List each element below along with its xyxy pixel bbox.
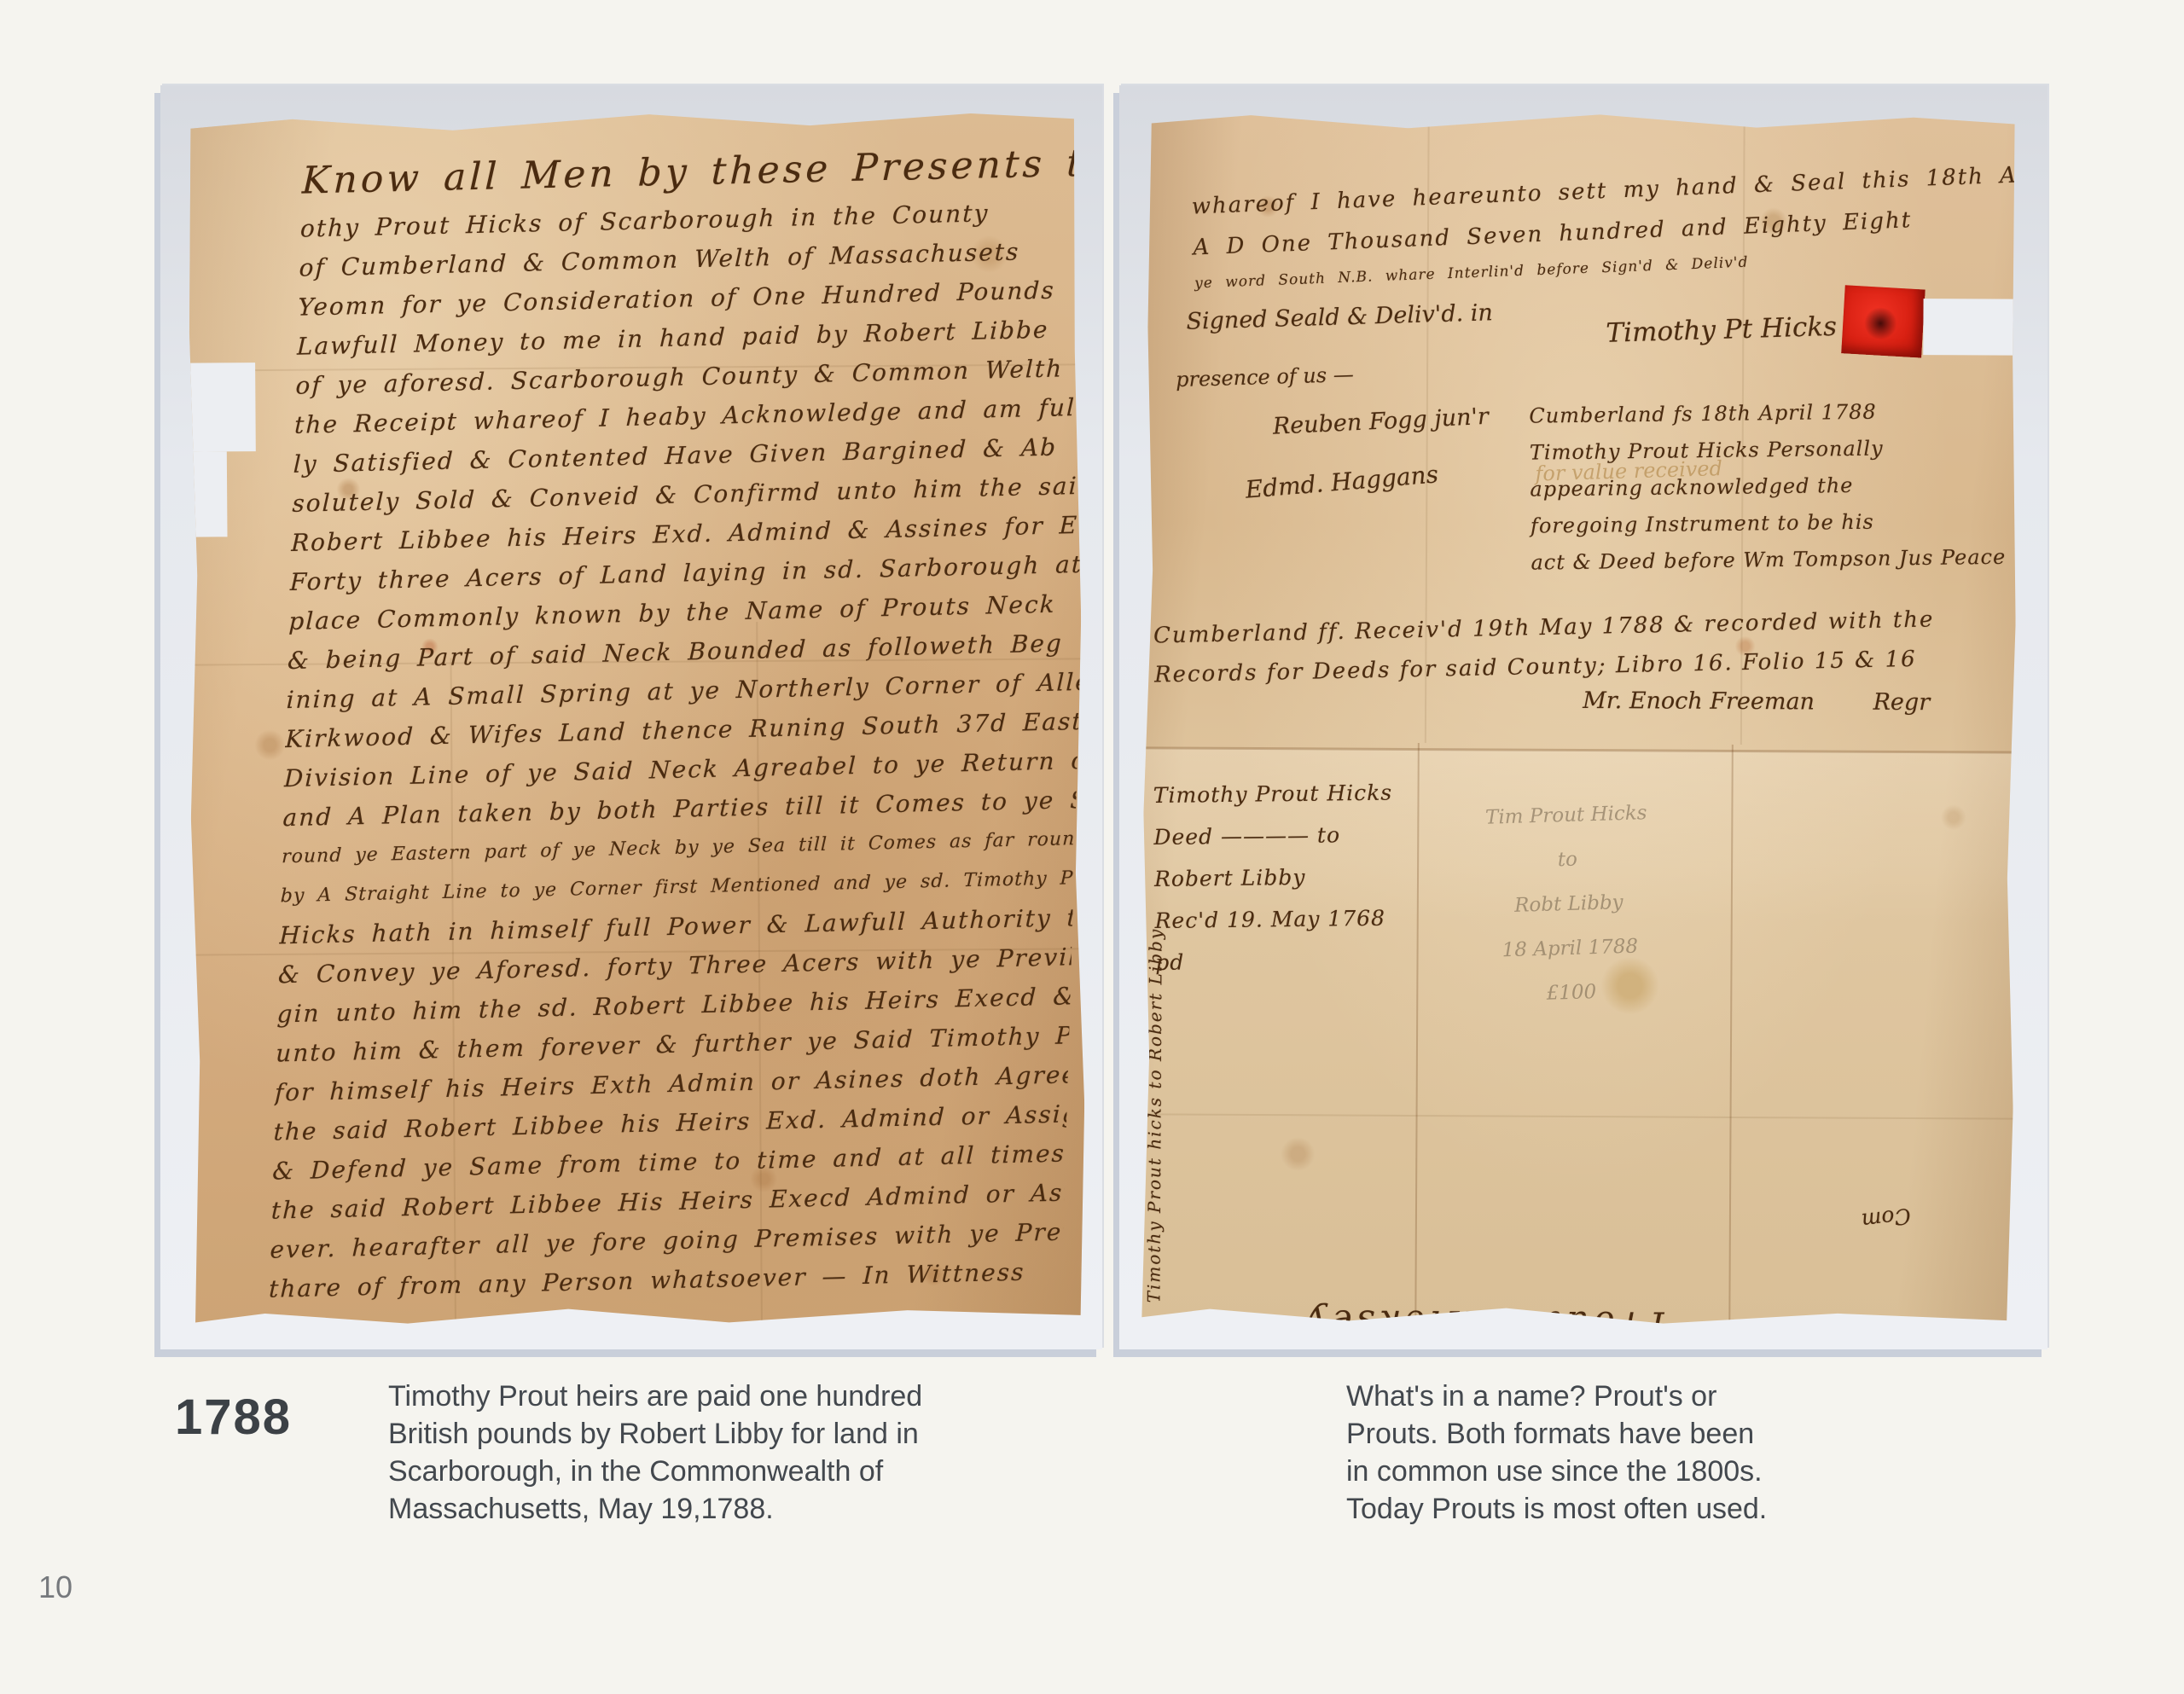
- manuscript-line: Timothy Prout Hicks: [1153, 771, 1410, 816]
- acknowledgment-text: Cumberland fs 18th April 1788Timothy Pro…: [1529, 392, 2013, 582]
- witness-edmund-haggans: Edmd. Haggans: [1244, 460, 1439, 503]
- signed-sealed-line: Signed Seald & Deliv'd. in: [1186, 299, 1493, 335]
- manuscript-line: act & Deed before Wm Tompson Jus Peace: [1531, 539, 2013, 582]
- manuscript-line: foregoing Instrument to be his: [1531, 502, 2013, 545]
- recording-text: Cumberland ff. Receiv'd 19th May 1788 & …: [1153, 599, 2013, 695]
- manuscript-line: Cumberland fs 18th April 1788: [1529, 392, 2011, 435]
- registrar-line: Mr. Enoch Freeman Regr: [1583, 687, 1930, 716]
- witness-reuben-fogg: Reuben Fogg jun'r: [1272, 403, 1489, 440]
- caption-right: What's in a name? Prout's or Prouts. Bot…: [1346, 1378, 1901, 1528]
- caption-left: Timothy Prout heirs are paid one hundred…: [388, 1378, 1071, 1528]
- deed-front-text: Know all Men by these Presents that I Ti…: [268, 135, 1086, 1327]
- page-number: 10: [38, 1569, 73, 1605]
- presence-line: presence of us —: [1176, 363, 1354, 392]
- manuscript-line: pd: [1155, 938, 1412, 983]
- bottom-edge-cutoff-text: Prout & Hicksey: [1302, 1302, 1664, 1327]
- spine-docket-text: Timothy Prout hicks to Robert Libby: [1143, 705, 1167, 1302]
- paper-notch: [185, 363, 256, 452]
- book-page: Know all Men by these Presents that I Ti…: [0, 0, 2184, 1694]
- red-wax-seal: [1841, 285, 1925, 357]
- year-label: 1788: [175, 1389, 292, 1446]
- paper-notch: [1923, 299, 2018, 356]
- deed-closing-text: whareof I have heareunto sett my hand & …: [1191, 155, 2013, 299]
- pencil-note: Tim Prout HickstoRobt Libby18 April 1788…: [1420, 789, 1717, 1019]
- manuscript-line: £100: [1426, 966, 1716, 1019]
- docket-text: Timothy Prout HicksDeed ———— toRobert Li…: [1153, 771, 1412, 983]
- manuscript-line: Deed ———— to: [1153, 813, 1410, 858]
- manuscript-line: Robert Libby: [1154, 855, 1411, 900]
- signature-timothy-hicks: Timothy Pt Hicks: [1606, 311, 1838, 349]
- deed-front-paper: Know all Men by these Presents that I Ti…: [185, 107, 1086, 1328]
- deed-front-photo-panel: Know all Men by these Presents that I Ti…: [160, 85, 1102, 1349]
- deed-back-paper: whareof I have heareunto sett my hand & …: [1140, 108, 2018, 1327]
- deed-back-photo-panel: whareof I have heareunto sett my hand & …: [1119, 85, 2047, 1349]
- manuscript-line: Rec'd 19. May 1768: [1154, 896, 1411, 942]
- paper-notch: [185, 451, 227, 537]
